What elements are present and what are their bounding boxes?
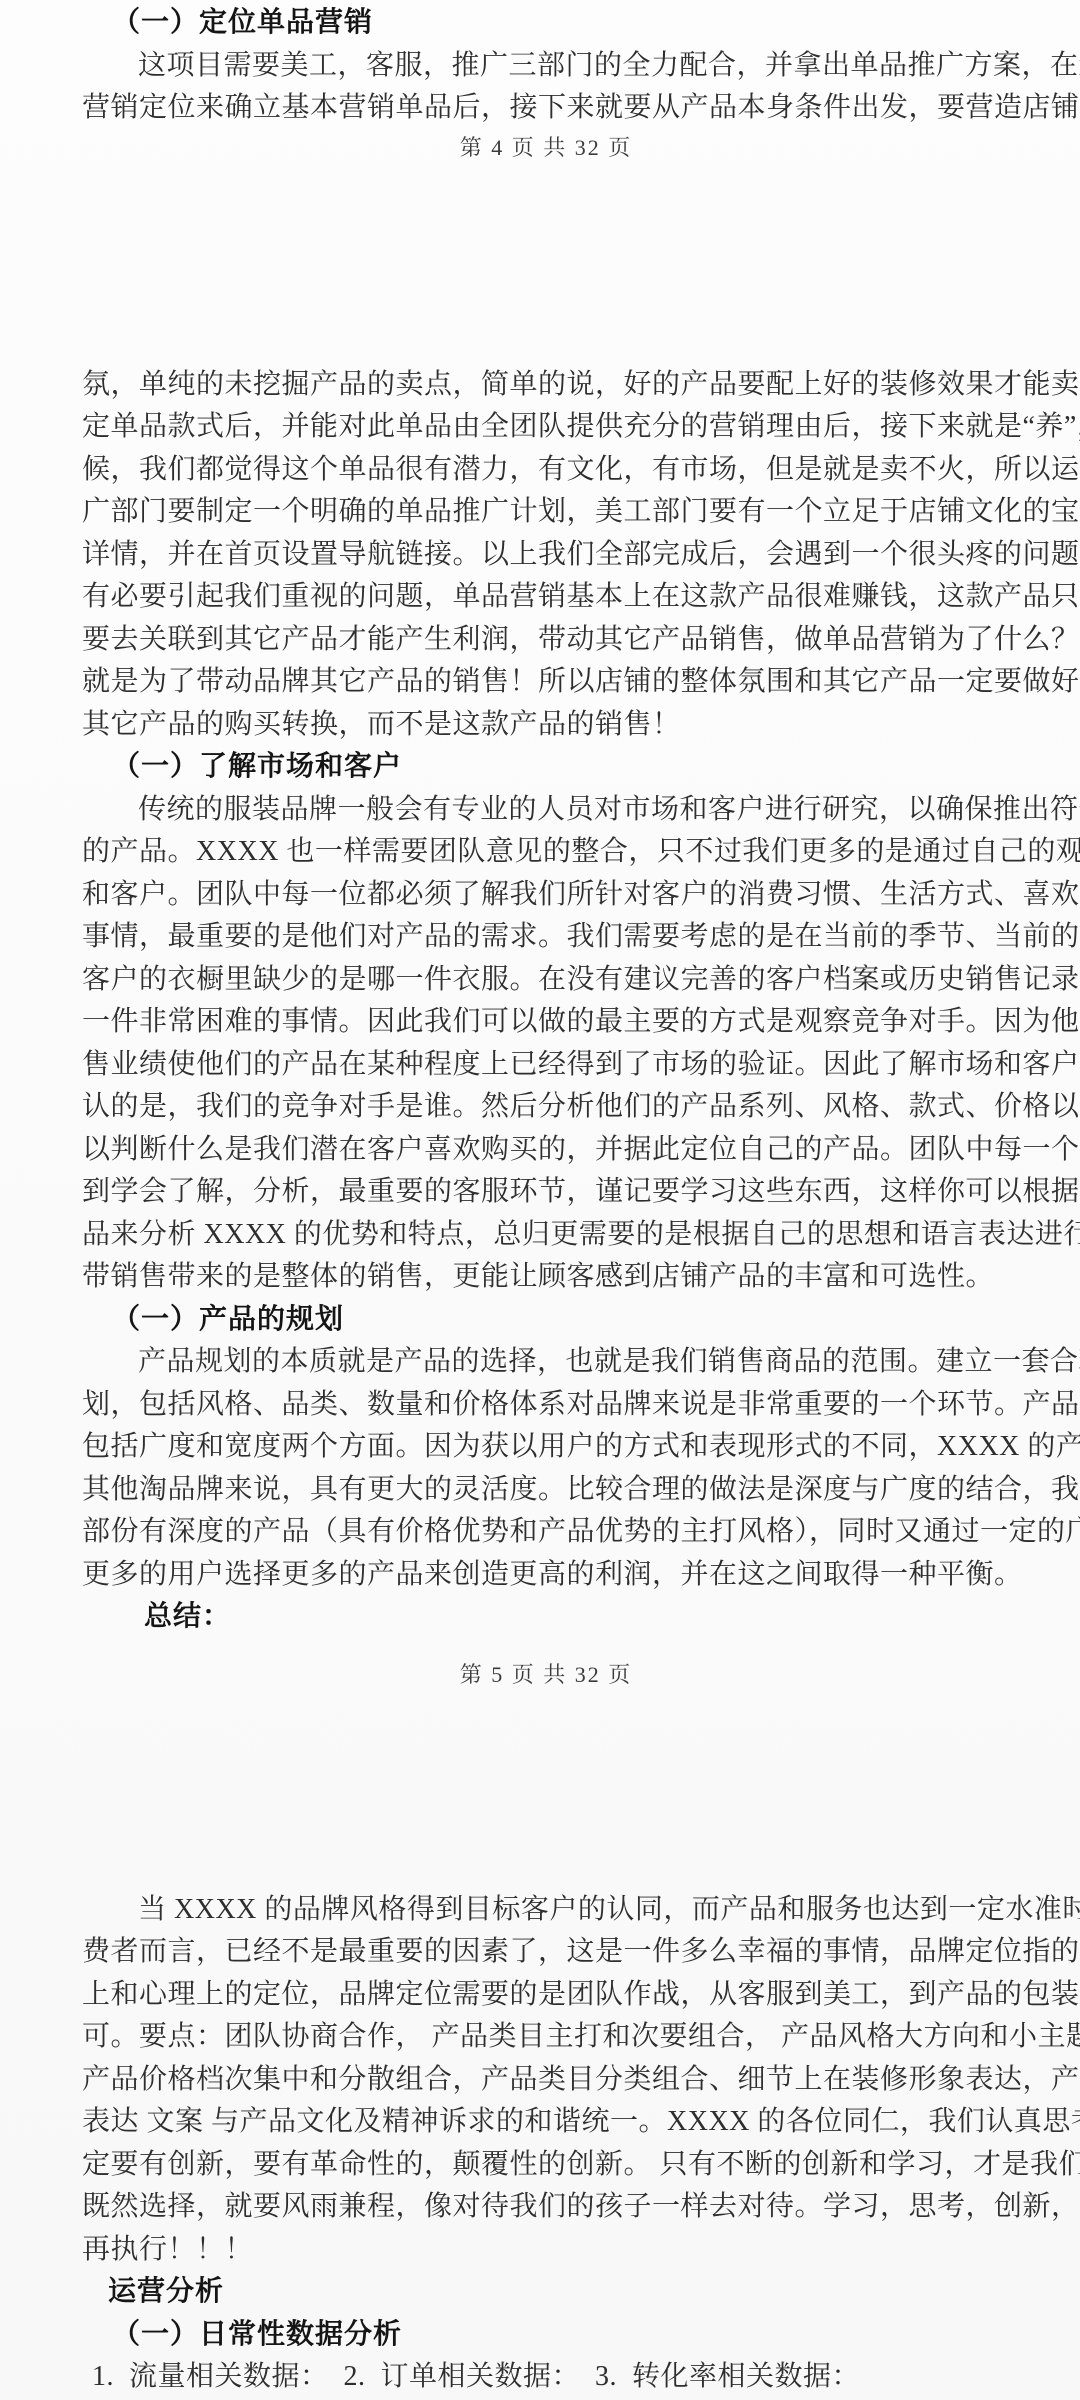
section-heading: （一）定位单品营销: [82, 2, 1010, 45]
paragraph-line: 认的是，我们的竞争对手是谁。然后分析他们的产品系列、风格、款式、价格以及优劣势等…: [82, 1086, 1010, 1129]
paragraph-line: 划，包括风格、品类、数量和价格体系对品牌来说是非常重要的一个环节。产品的规划通常: [82, 1384, 1010, 1427]
paragraph-line: 再执行！！！: [82, 2229, 1010, 2272]
paragraph-line: 当 XXXX 的品牌风格得到目标客户的认同，而产品和服务也达到一定水准时，价格对…: [82, 1889, 1010, 1932]
section-heading: （一）日常性数据分析: [82, 2314, 1010, 2357]
paragraph-line: 事情，最重要的是他们对产品的需求。我们需要考虑的是在当前的季节、当前的流行趋势下: [82, 916, 1010, 959]
paragraph-line: 的产品。XXXX 也一样需要团队意见的整合，只不过我们更多的是通过自己的观察来了…: [82, 831, 1010, 874]
paragraph-line: 费者而言，已经不是最重要的因素了，这是一件多么幸福的事情，品牌定位指的不是挂在口: [82, 1931, 1010, 1974]
paragraph-line: 就是为了带动品牌其它产品的销售！所以店铺的整体氛围和其它产品一定要做好！重要的在: [82, 661, 1010, 704]
document-scan: （一）定位单品营销 这项目需要美工，客服，推广三部门的全力配合，并拿出单品推广方…: [0, 0, 1080, 2400]
paragraph-line: 产品规划的本质就是产品的选择，也就是我们销售商品的范围。建立一套合理的产品规: [82, 1341, 1010, 1384]
paragraph-line: 传统的服装品牌一般会有专业的人员对市场和客户进行研究，以确保推出符合客户要求: [82, 789, 1010, 832]
page-number: 第 4 页 共 32 页: [82, 130, 1010, 166]
paragraph-line: 详情，并在首页设置导航链接。以上我们全部完成后，会遇到一个很头疼的问题，也是非常: [82, 534, 1010, 577]
paragraph-line: 到学会了解，分析，最重要的客服环节，谨记要学习这些东西，这样你可以根据其他家的产: [82, 1171, 1010, 1214]
page-6-content: 当 XXXX 的品牌风格得到目标客户的认同，而产品和服务也达到一定水准时，价格对…: [82, 1889, 1010, 2399]
section-heading: 运营分析: [82, 2271, 1010, 2314]
paragraph-line: 上和心理上的定位，品牌定位需要的是团队作战，从客服到美工，到产品的包装袋，缺一不: [82, 1974, 1010, 2017]
paragraph-line: 定要有创新，要有革命性的，颠覆性的创新。 只有不断的创新和学习，才是我们进步的基…: [82, 2144, 1010, 2187]
paragraph-line: 和客户。团队中每一位都必须了解我们所针对客户的消费习惯、生活方式、喜欢或不喜欢的: [82, 874, 1010, 917]
paragraph-line: 更多的用户选择更多的产品来创造更高的利润，并在这之间取得一种平衡。: [82, 1554, 1010, 1597]
paragraph-line: 部份有深度的产品（具有价格优势和产品优势的主打风格），同时又通过一定的广度来留住: [82, 1511, 1010, 1554]
summary-heading: 总结：: [82, 1596, 1010, 1639]
paragraph-line: 一件非常困难的事情。因此我们可以做的最主要的方式是观察竞争对手。因为他们成功的销: [82, 1001, 1010, 1044]
paragraph-line: 这项目需要美工，客服，推广三部门的全力配合，并拿出单品推广方案，在通过数据和: [82, 45, 1010, 88]
section-heading: （一）了解市场和客户: [82, 746, 1010, 789]
paragraph-line: 其他淘品牌来说，具有更大的灵活度。比较合理的做法是深度与广度的结合，我们必须保证: [82, 1469, 1010, 1512]
paragraph-line: 有必要引起我们重视的问题，单品营销基本上在这款产品很难赚钱，这款产品只是个诱饵，: [82, 576, 1010, 619]
paragraph-line: 定单品款式后，并能对此单品由全团队提供充分的营销理由后，接下来就是“养”，很多时: [82, 406, 1010, 449]
paragraph-line: 客户的衣橱里缺少的是哪一件衣服。在没有建议完善的客户档案或历史销售记录之前，这是: [82, 959, 1010, 1002]
paragraph-line: 包括广度和宽度两个方面。因为获以用户的方式和表现形式的不同，XXXX 的产品规划…: [82, 1426, 1010, 1469]
page-number: 第 5 页 共 32 页: [82, 1657, 1010, 1693]
paragraph-line: 要去关联到其它产品才能产生利润，带动其它产品销售，做单品营销为了什么？我的理解，: [82, 619, 1010, 662]
paragraph-line: 表达 文案 与产品文化及精神诉求的和谐统一。XXXX 的各位同仁，我们认真思考下…: [82, 2101, 1010, 2144]
page-4-content: （一）定位单品营销 这项目需要美工，客服，推广三部门的全力配合，并拿出单品推广方…: [82, 0, 1010, 166]
paragraph-line: 既然选择，就要风雨兼程，像对待我们的孩子一样去对待。学习，思考，创新，执行，执行…: [82, 2186, 1010, 2229]
paragraph-line: 售业绩使他们的产品在某种程度上已经得到了市场的验证。因此了解市场和客户首先需要确: [82, 1044, 1010, 1087]
paragraph-line: 营销定位来确立基本营销单品后，接下来就要从产品本身条件出发，要营造店铺装修营销气: [82, 87, 1010, 130]
section-heading: （一）产品的规划: [82, 1299, 1010, 1342]
paragraph-line: 广部门要制定一个明确的单品推广计划，美工部门要有一个立足于店铺文化的宝贝装修页面: [82, 491, 1010, 534]
paragraph-line: 以判断什么是我们潜在客户喜欢购买的，并据此定位自己的产品。团队中每一个人都务必做: [82, 1129, 1010, 1172]
paragraph-line: 候，我们都觉得这个单品很有潜力，有文化，有市场，但是就是卖不火，所以运营部门和推: [82, 449, 1010, 492]
data-items-line: 1. 流量相关数据： 2. 订单相关数据： 3. 转化率相关数据：: [82, 2356, 1010, 2399]
paragraph-line: 氛，单纯的未挖掘产品的卖点，简单的说，好的产品要配上好的装修效果才能卖的火 ，在…: [82, 364, 1010, 407]
paragraph-line: 品来分析 XXXX 的优势和特点，总归更需要的是根据自己的思想和语言表达进行连带…: [82, 1214, 1010, 1257]
page-5-content: 氛，单纯的未挖掘产品的卖点，简单的说，好的产品要配上好的装修效果才能卖的火 ，在…: [82, 364, 1010, 1693]
paragraph-line: 其它产品的购买转换，而不是这款产品的销售！: [82, 704, 1010, 747]
paragraph-line: 带销售带来的是整体的销售，更能让顾客感到店铺产品的丰富和可选性。: [82, 1256, 1010, 1299]
paragraph-line: 产品价格档次集中和分散组合，产品类目分类组合、细节上在装修形象表达，产品图片 页…: [82, 2059, 1010, 2102]
paragraph-line: 可。要点：团队协商合作， 产品类目主打和次要组合， 产品风格大方向和小主题的组合…: [82, 2016, 1010, 2059]
